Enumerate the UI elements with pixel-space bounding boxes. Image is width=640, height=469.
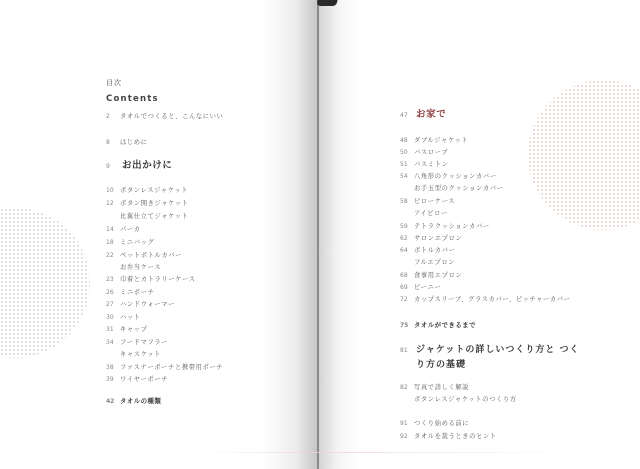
book-spine (317, 0, 319, 469)
toc-entry[interactable]: アイピロー (400, 210, 448, 218)
toc-entry[interactable]: 23巾着とカトラリーケース (106, 276, 196, 284)
toc-entry[interactable]: 69ビーニー (400, 284, 441, 292)
toc-entry[interactable]: 62サロンエプロン (400, 235, 462, 243)
toc-entry[interactable]: 39ワイヤーポーチ (106, 376, 168, 384)
toc-entry[interactable]: 72カップスリーブ、グラスカバー、ピッチャーカバー (400, 296, 571, 304)
toc-entry[interactable]: 22ペットボトルカバー (106, 252, 182, 260)
toc-entry[interactable]: 64ボトルカバー (400, 247, 455, 255)
toc-section-jacket-basics[interactable]: 81ジャケットの詳しいつくり方と つくり方の基礎 (400, 343, 586, 373)
toc-entry[interactable]: 14パーカ (106, 226, 141, 234)
toc-entry[interactable]: 82写真で詳しく解説 (400, 384, 469, 392)
toc-title-jp: 目次 (106, 78, 159, 88)
toc-entry[interactable]: 2タオルでつくると、こんなにいい (106, 113, 223, 121)
toc-section-ouchi[interactable]: 47お家で (400, 111, 446, 120)
toc-entry-towel-types[interactable]: 42タオルの種類 (106, 398, 161, 406)
toc-entry[interactable]: ボタンレスジャケットのつくり方 (400, 396, 517, 404)
toc-entry[interactable]: 27ハンドウォーマー (106, 301, 175, 309)
toc-entry[interactable]: 59テトラクッションカバー (400, 223, 490, 231)
gutter-shadow-left (262, 0, 318, 469)
toc-entry-towel-making[interactable]: 75タオルができるまで (400, 322, 476, 330)
toc-entry[interactable]: フルエプロン (400, 259, 455, 267)
toc-entry[interactable]: 54八角形のクッションカバー (400, 173, 497, 181)
page-bottom-edge (200, 452, 590, 453)
toc-entry[interactable]: 8はじめに (106, 139, 148, 147)
gutter-shadow-right (318, 0, 358, 469)
spine-top-edge (316, 0, 337, 6)
toc-entry[interactable]: 48ダブルジャケット (400, 137, 468, 145)
toc-entry[interactable]: 92タオルを裁うときのヒント (400, 433, 497, 441)
toc-entry[interactable]: キャスケット (106, 351, 161, 359)
toc-entry[interactable]: お手玉型のクッションカバー (400, 185, 504, 193)
toc-entry[interactable]: 12ボタン開きジャケット (106, 200, 189, 208)
toc-entry[interactable]: 68食事用エプロン (400, 272, 462, 280)
toc-title-en: Contents (106, 94, 159, 104)
toc-entry[interactable]: 34フードマフラー (106, 339, 168, 347)
toc-entry[interactable]: 18ミニバッグ (106, 239, 154, 247)
toc-header: 目次 Contents (106, 78, 159, 104)
toc-entry[interactable]: お弁当ケース (106, 264, 161, 272)
toc-entry[interactable]: 38ファスナーポーチと携帯用ポーチ (106, 364, 223, 372)
toc-entry[interactable]: 30ハット (106, 314, 141, 322)
toc-entry[interactable]: 10ボタンレスジャケット (106, 187, 188, 195)
toc-entry[interactable]: 31キャップ (106, 326, 148, 334)
toc-entry[interactable]: 26ミニポーチ (106, 289, 154, 297)
toc-entry[interactable]: 58ピローケース (400, 198, 455, 206)
toc-entry[interactable]: 91つくり始める前に (400, 420, 469, 428)
toc-section-odekake[interactable]: 9お出かけに (106, 162, 173, 171)
toc-entry[interactable]: 51バスミトン (400, 161, 448, 169)
toc-entry[interactable]: 比翼仕立てジャケット (106, 213, 189, 221)
toc-entry[interactable]: 50バスローブ (400, 149, 448, 157)
